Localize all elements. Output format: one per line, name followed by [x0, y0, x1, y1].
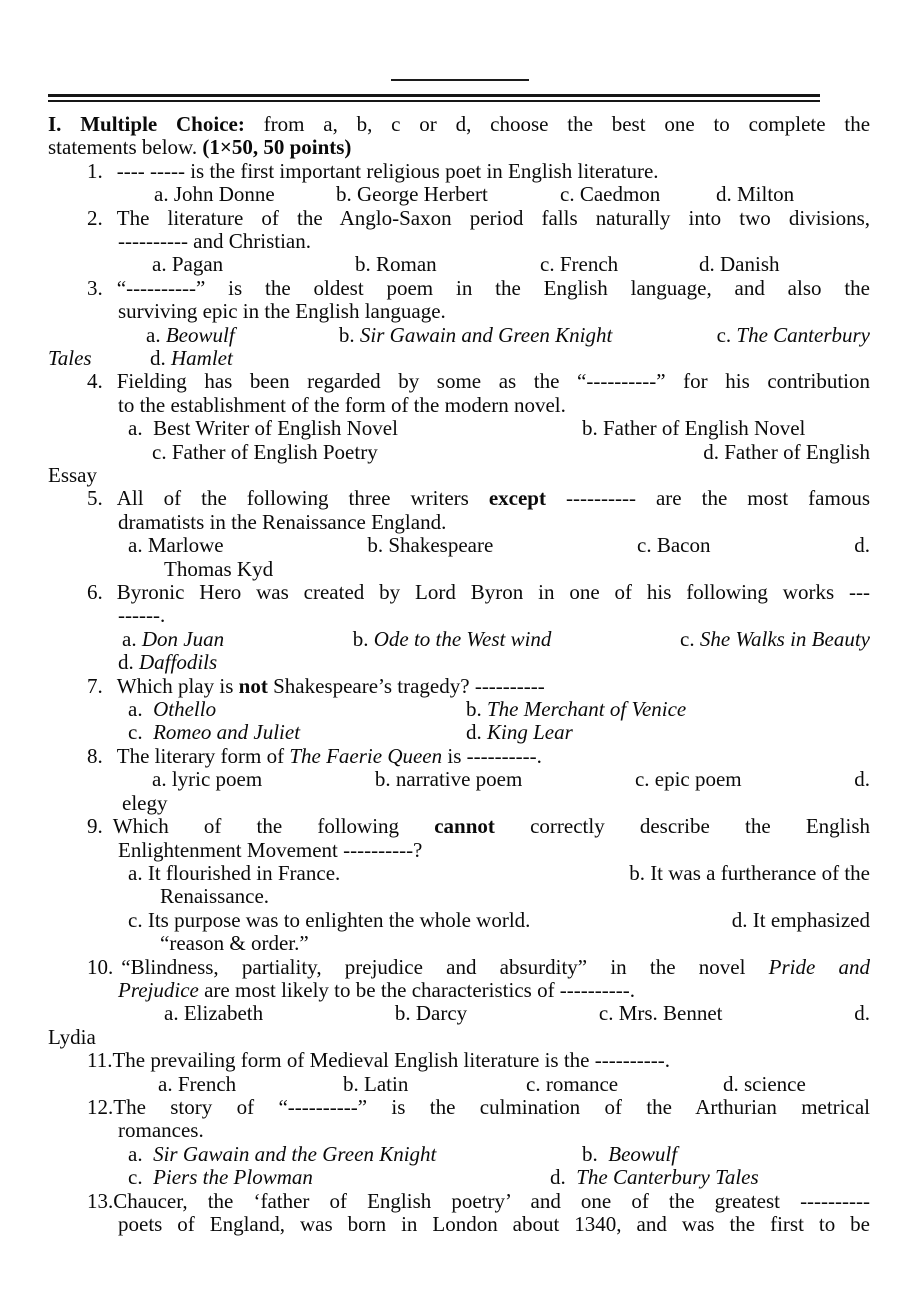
text-line: ---------- and Christian.: [48, 230, 870, 253]
text-run: d.: [550, 1165, 576, 1189]
option-item: a. lyric poem: [152, 768, 262, 791]
tab-segment: a. Pagan: [152, 253, 223, 276]
text-segment: The literary form of: [117, 744, 290, 768]
text-segment: poets of England, was born in London abo…: [118, 1212, 870, 1236]
tab-segment: b. Roman: [355, 253, 437, 276]
option-item: a. Don Juan: [122, 628, 224, 651]
text-segment: ---------- are the most famous: [546, 486, 870, 510]
text-segment: Which play is: [117, 674, 239, 698]
text-segment: elegy: [122, 791, 167, 815]
text-segment: The Faerie Queen: [289, 744, 442, 768]
option-item: b. Darcy: [395, 1002, 467, 1025]
tab-segment: a. Sir Gawain and the Green Knight: [128, 1143, 436, 1166]
option-item: d.: [854, 1002, 870, 1025]
text-line: to the establishment of the form of the …: [48, 394, 870, 417]
text-line: a. Frenchb. Latinc. romanced. science: [48, 1073, 870, 1096]
text-line: a. Paganb. Romanc. Frenchd. Danish: [48, 253, 870, 276]
text-run: King Lear: [487, 720, 573, 744]
text-run: a.: [128, 697, 153, 721]
text-run: d.: [150, 346, 171, 370]
option-item: d. It emphasized: [732, 909, 870, 932]
option-item: b. Sir Gawain and Green Knight: [339, 324, 612, 347]
text-line: a. John Donneb. George Herbertc. Caedmon…: [48, 183, 870, 206]
text-segment: to the establishment of the form of the …: [118, 393, 566, 417]
text-line: poets of England, was born in London abo…: [48, 1213, 870, 1236]
tab-segment: d. Milton: [716, 183, 794, 206]
text-run: a.: [146, 323, 166, 347]
text-run: Hamlet: [171, 346, 233, 370]
text-line: Prejudice are most likely to be the char…: [48, 979, 870, 1002]
text-segment: Essay: [48, 463, 97, 487]
tab-segment: a. Best Writer of English Novel: [128, 417, 398, 440]
text-line: romances.: [48, 1119, 870, 1142]
text-run: Ode to the West wind: [374, 627, 552, 651]
text-run: c.: [717, 323, 737, 347]
document-body: I. Multiple Choice: from a, b, c or d, c…: [48, 113, 870, 1236]
text-run: c.: [128, 1165, 153, 1189]
text-segment: except: [489, 486, 546, 510]
tab-segment: b. Father of English Novel: [582, 417, 805, 440]
text-line: d. Daffodils: [48, 651, 870, 674]
option-item: b. Ode to the West wind: [353, 628, 552, 651]
tab-segment: b. Latin: [343, 1073, 408, 1096]
text-run: d.: [118, 650, 139, 674]
text-line: 6.Byronic Hero was created by Lord Byron…: [48, 581, 870, 604]
text-run: Don Juan: [142, 627, 224, 651]
text-segment: Prejudice: [118, 978, 199, 1002]
text-segment: 7.: [87, 674, 103, 698]
text-line: Essay: [48, 464, 870, 487]
text-line: a. Beowulfb. Sir Gawain and Green Knight…: [48, 324, 870, 347]
text-segment: 2.: [87, 206, 103, 230]
text-line: I. Multiple Choice: from a, b, c or d, c…: [48, 113, 870, 136]
text-segment: surviving epic in the English language.: [118, 299, 446, 323]
text-run: d.: [466, 720, 487, 744]
tab-segment: a. French: [158, 1073, 236, 1096]
option-item: c. Father of English Poetry: [152, 441, 378, 464]
text-segment: The prevailing form of Medieval English …: [112, 1048, 669, 1072]
text-line: Talesd. Hamlet: [48, 347, 870, 370]
option-item: a. Beowulf: [146, 324, 235, 347]
text-line: elegy: [48, 792, 870, 815]
text-segment: “Blindness, partiality, prejudice and ab…: [121, 955, 768, 979]
option-item: c. epic poem: [635, 768, 742, 791]
text-segment: are most likely to be the characteristic…: [199, 978, 635, 1002]
text-line: a. Othellob. The Merchant of Venice: [48, 698, 870, 721]
tab-segment: c. romance: [526, 1073, 618, 1096]
exam-page: I. Multiple Choice: from a, b, c or d, c…: [0, 0, 920, 1300]
text-line: 7.Which play is not Shakespeare’s traged…: [48, 675, 870, 698]
tab-segment: b. The Merchant of Venice: [466, 698, 686, 721]
text-line: a. Elizabethb. Darcyc. Mrs. Bennetd.: [48, 1002, 870, 1025]
text-run: Daffodils: [139, 650, 217, 674]
tab-segment: d. science: [723, 1073, 806, 1096]
text-segment: ------.: [118, 603, 165, 627]
text-segment: 10.: [87, 955, 113, 979]
text-run: a.: [128, 1142, 153, 1166]
text-run: b.: [339, 323, 360, 347]
text-line: a. Marloweb. Shakespearec. Bacond.: [48, 534, 870, 557]
text-line: 5.All of the following three writers exc…: [48, 487, 870, 510]
text-segment: dramatists in the Renaissance England.: [118, 510, 446, 534]
text-run: c.: [128, 720, 153, 744]
text-line: statements below. (1×50, 50 points): [48, 136, 870, 159]
text-line: Lydia: [48, 1026, 870, 1049]
text-segment: 5.: [87, 486, 103, 510]
text-line: 13.Chaucer, the ‘father of English poetr…: [48, 1190, 870, 1213]
tab-segment: c. French: [540, 253, 618, 276]
tab-segment: a. John Donne: [154, 183, 275, 206]
text-segment: Enlightenment Movement ----------?: [118, 838, 422, 862]
text-segment: cannot: [434, 814, 495, 838]
text-segment: Shakespeare’s tragedy? ----------: [268, 674, 545, 698]
text-segment: Renaissance.: [160, 884, 269, 908]
text-line: Enlightenment Movement ----------?: [48, 839, 870, 862]
text-segment: 9.: [87, 814, 103, 838]
text-line: c. Romeo and Julietd. King Lear: [48, 721, 870, 744]
text-line: 4.Fielding has been regarded by some as …: [48, 370, 870, 393]
text-line: dramatists in the Renaissance England.: [48, 511, 870, 534]
text-run: The Canterbury: [736, 323, 870, 347]
top-margin: [0, 0, 920, 79]
text-segment: 6.: [87, 580, 103, 604]
tab-segment: c. Caedmon: [560, 183, 660, 206]
tab-segment: d. Danish: [699, 253, 780, 276]
text-line: 10.“Blindness, partiality, prejudice and…: [48, 956, 870, 979]
tab-segment: d. The Canterbury Tales: [550, 1166, 759, 1189]
text-line: 12.The story of “----------” is the culm…: [48, 1096, 870, 1119]
option-item: c. The Canterbury: [717, 324, 870, 347]
option-item: d. Father of English: [703, 441, 870, 464]
text-run: She Walks in Beauty: [700, 627, 870, 651]
text-run: Othello: [153, 697, 216, 721]
option-item: a. It flourished in France.: [128, 862, 340, 885]
text-run: c.: [680, 627, 700, 651]
text-line: Renaissance.: [48, 885, 870, 908]
text-line: 1.---- ----- is the first important reli…: [48, 160, 870, 183]
text-segment: ---- ----- is the first important religi…: [117, 159, 659, 183]
tab-segment: b. Beowulf: [582, 1143, 677, 1166]
option-item: b. narrative poem: [375, 768, 523, 791]
text-line: 11.The prevailing form of Medieval Engli…: [48, 1049, 870, 1072]
text-segment: statements below.: [48, 135, 202, 159]
tab-segment: b. George Herbert: [336, 183, 488, 206]
text-segment: romances.: [118, 1118, 204, 1142]
text-line: a. Sir Gawain and the Green Knightb. Beo…: [48, 1143, 870, 1166]
text-segment: Lydia: [48, 1025, 96, 1049]
text-line: a. It flourished in France.b. It was a f…: [48, 862, 870, 885]
text-segment: d. Daffodils: [118, 650, 217, 674]
text-segment: 11.: [87, 1048, 112, 1072]
text-line: 9.Which of the following cannot correctl…: [48, 815, 870, 838]
text-segment: Which of the following: [113, 814, 434, 838]
text-run: Sir Gawain and Green Knight: [360, 323, 612, 347]
option-item: a. Elizabeth: [164, 1002, 263, 1025]
text-segment: 13.: [87, 1189, 113, 1213]
text-run: Piers the Plowman: [153, 1165, 313, 1189]
text-run: Beowulf: [166, 323, 235, 347]
text-line: 2.The literature of the Anglo-Saxon peri…: [48, 207, 870, 230]
tab-segment: d. King Lear: [466, 721, 573, 744]
text-run: b.: [353, 627, 374, 651]
text-segment: 4.: [87, 369, 103, 393]
text-line: Thomas Kyd: [48, 558, 870, 581]
text-segment: ---------- and Christian.: [118, 229, 311, 253]
text-segment: Chaucer, the ‘father of English poetry’ …: [113, 1189, 870, 1213]
text-line: 3.“----------” is the oldest poem in the…: [48, 277, 870, 300]
text-segment: All of the following three writers: [117, 486, 489, 510]
text-line: c. Its purpose was to enlighten the whol…: [48, 909, 870, 932]
text-line: surviving epic in the English language.: [48, 300, 870, 323]
text-line: a. lyric poemb. narrative poemc. epic po…: [48, 768, 870, 791]
text-segment: 3.: [87, 276, 103, 300]
tab-segment: d. Hamlet: [150, 347, 233, 370]
text-line: c. Piers the Plowmand. The Canterbury Ta…: [48, 1166, 870, 1189]
text-segment: from a, b, c or d, choose the best one t…: [245, 112, 870, 136]
text-run: Beowulf: [608, 1142, 677, 1166]
text-run: The Canterbury Tales: [576, 1165, 758, 1189]
tab-segment: c. Piers the Plowman: [128, 1166, 313, 1189]
text-segment: 1.: [87, 159, 103, 183]
text-segment: 8.: [87, 744, 103, 768]
option-item: c. Its purpose was to enlighten the whol…: [128, 909, 530, 932]
option-item: a. Marlowe: [128, 534, 224, 557]
tab-segment: c. Romeo and Juliet: [128, 721, 300, 744]
text-segment: Byronic Hero was created by Lord Byron i…: [117, 580, 870, 604]
text-segment: not: [239, 674, 268, 698]
text-segment: “reason & order.”: [160, 931, 309, 955]
text-run: Romeo and Juliet: [153, 720, 300, 744]
option-item: d.: [854, 534, 870, 557]
text-segment: The literature of the Anglo-Saxon period…: [117, 206, 870, 230]
text-run: a.: [122, 627, 142, 651]
text-line: a. Don Juanb. Ode to the West windc. She…: [48, 628, 870, 651]
text-segment: “----------” is the oldest poem in the E…: [117, 276, 870, 300]
text-segment: (1×50, 50 points): [202, 135, 351, 159]
text-line: 8.The literary form of The Faerie Queen …: [48, 745, 870, 768]
option-item: c. Mrs. Bennet: [599, 1002, 723, 1025]
double-divider-rule: [48, 94, 820, 102]
tab-segment: a. Othello: [128, 698, 216, 721]
option-item: d.: [854, 768, 870, 791]
text-segment: is ----------.: [442, 744, 542, 768]
text-run: b.: [466, 697, 487, 721]
text-segment: I. Multiple Choice:: [48, 112, 245, 136]
option-item: c. She Walks in Beauty: [680, 628, 870, 651]
text-segment: Fielding has been regarded by some as th…: [117, 369, 870, 393]
text-segment: Thomas Kyd: [164, 557, 273, 581]
text-line: ------.: [48, 604, 870, 627]
text-line: a. Best Writer of English Novelb. Father…: [48, 417, 870, 440]
text-line: “reason & order.”: [48, 932, 870, 955]
option-item: b. Shakespeare: [367, 534, 493, 557]
text-segment: correctly describe the English: [495, 814, 870, 838]
text-run: b.: [582, 1142, 608, 1166]
text-segment: Pride and: [769, 955, 870, 979]
tab-segment: Tales: [48, 347, 92, 370]
option-item: b. It was a furtherance of the: [629, 862, 870, 885]
text-line: c. Father of English Poetryd. Father of …: [48, 441, 870, 464]
text-run: Sir Gawain and the Green Knight: [153, 1142, 436, 1166]
text-segment: The story of “----------” is the culmina…: [113, 1095, 870, 1119]
option-item: c. Bacon: [637, 534, 710, 557]
text-run: The Merchant of Venice: [487, 697, 686, 721]
text-segment: 12.: [87, 1095, 113, 1119]
short-divider-rule: [391, 79, 529, 81]
